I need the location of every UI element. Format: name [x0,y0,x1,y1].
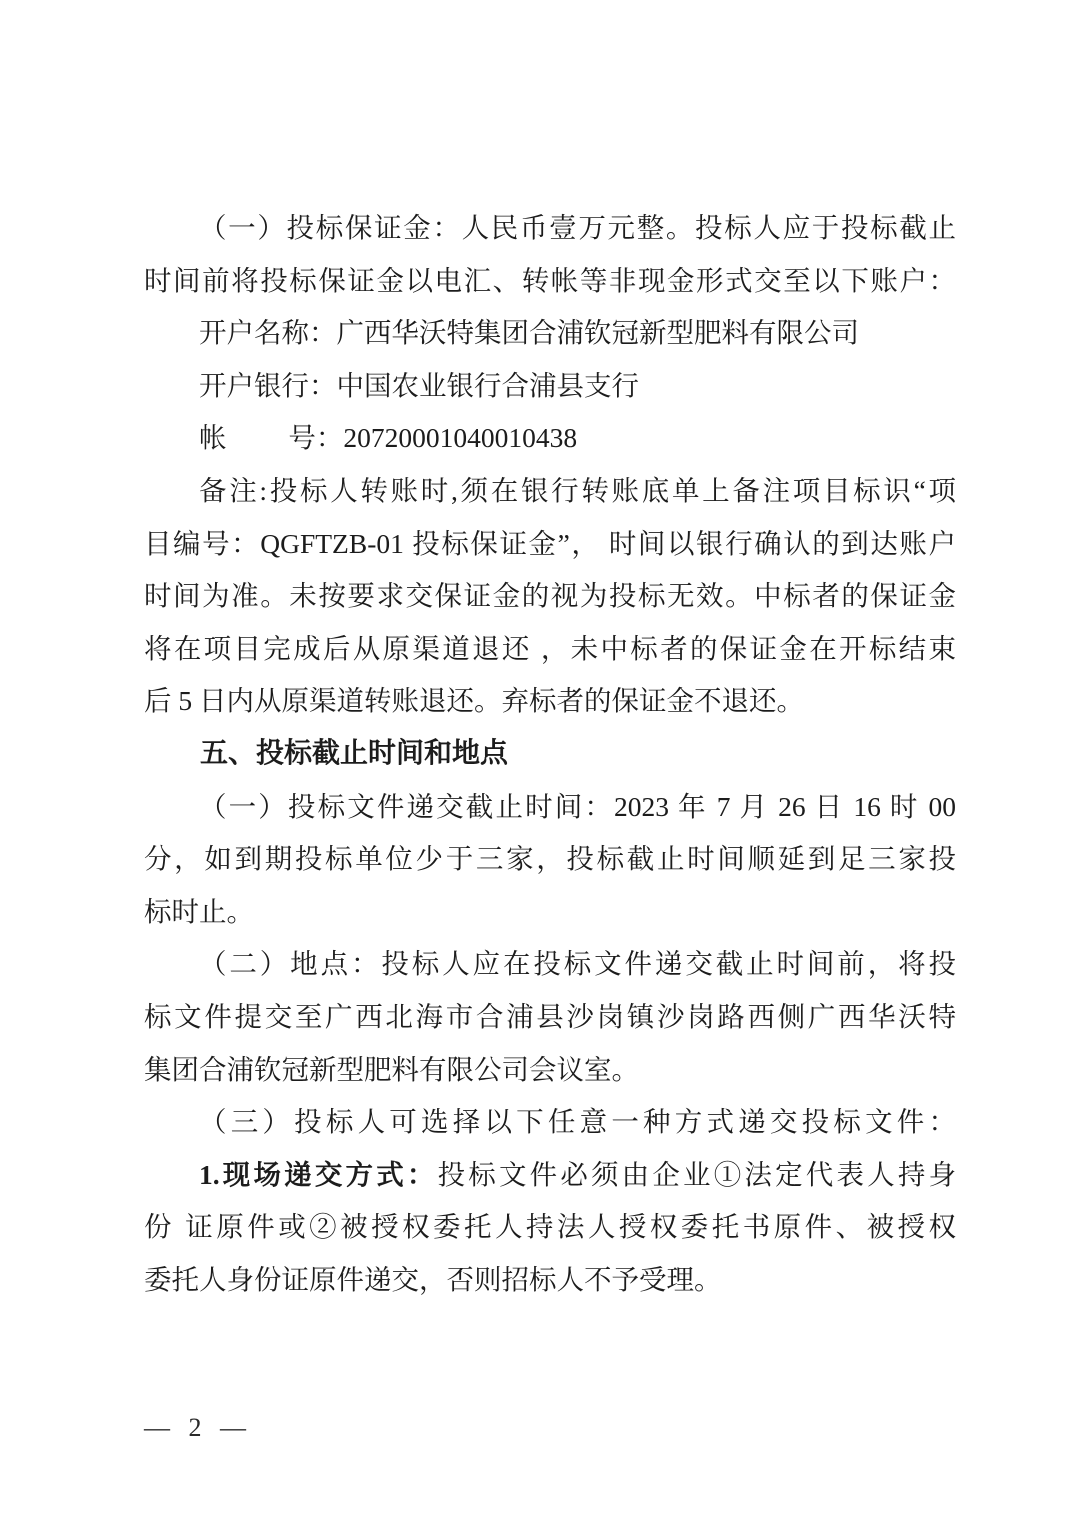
section-heading: 五、投标截止时间和地点 [144,728,956,781]
text-line: （一）投标保证金：人民币壹万元整。投标人应于投标截止 [144,202,956,255]
paragraph: 开户名称：广西华沃特集团合浦钦冠新型肥料有限公司 [144,307,956,360]
text-line: 标文件提交至广西北海市合浦县沙岗镇沙岗路西侧广西华沃特 [144,991,956,1044]
page-footer: — 2 — [144,1408,252,1448]
bold-text-run: 1.现场递交方式： [199,1159,438,1190]
text-run: 投标文件必须由企业①法定代表人持身 [438,1159,956,1190]
text-line: 五、投标截止时间和地点 [144,728,956,781]
paragraph: （二）地点：投标人应在投标文件递交截止时间前，将投标文件提交至广西北海市合浦县沙… [144,938,956,1096]
text-line: （二）地点：投标人应在投标文件递交截止时间前，将投 [144,938,956,991]
paragraph: 备注:投标人转账时,须在银行转账底单上备注项目标识“项目编号：QGFTZB-01… [144,465,956,728]
text-line: 标时止。 [144,886,956,939]
text-line: 时间前将投标保证金以电汇、转帐等非现金形式交至以下账户： [144,255,956,308]
text-line: （一）投标文件递交截止时间：2023 年 7 月 26 日 16 时 00 [144,781,956,834]
text-line: 集团合浦钦冠新型肥料有限公司会议室。 [144,1044,956,1097]
text-line: （三）投标人可选择以下任意一种方式递交投标文件： [144,1096,956,1149]
document-page: （一）投标保证金：人民币壹万元整。投标人应于投标截止时间前将投标保证金以电汇、转… [0,0,1080,1527]
text-line: 开户名称：广西华沃特集团合浦钦冠新型肥料有限公司 [144,307,956,360]
text-line: 1.现场递交方式：投标文件必须由企业①法定代表人持身 [144,1149,956,1202]
text-line: 将在项目完成后从原渠道退还 ，未中标者的保证金在开标结束 [144,623,956,676]
text-line: 备注:投标人转账时,须在银行转账底单上备注项目标识“项 [144,465,956,518]
text-line: 目编号：QGFTZB-01 投标保证金”， 时间以银行确认的到达账户 [144,518,956,571]
paragraph: （三）投标人可选择以下任意一种方式递交投标文件： [144,1096,956,1149]
paragraph: 1.现场递交方式：投标文件必须由企业①法定代表人持身份 证原件或②被授权委托人持… [144,1149,956,1307]
paragraph: （一）投标保证金：人民币壹万元整。投标人应于投标截止时间前将投标保证金以电汇、转… [144,202,956,307]
text-line: 委托人身份证原件递交，否则招标人不予受理。 [144,1254,956,1307]
document-content: （一）投标保证金：人民币壹万元整。投标人应于投标截止时间前将投标保证金以电汇、转… [144,202,956,1306]
text-line: 开户银行：中国农业银行合浦县支行 [144,360,956,413]
text-line: 分，如到期投标单位少于三家，投标截止时间顺延到足三家投 [144,833,956,886]
text-line: 时间为准。未按要求交保证金的视为投标无效。中标者的保证金 [144,570,956,623]
paragraph: （一）投标文件递交截止时间：2023 年 7 月 26 日 16 时 00分，如… [144,781,956,939]
text-line: 份 证原件或②被授权委托人持法人授权委托书原件、被授权 [144,1201,956,1254]
page-number: — 2 — [144,1413,252,1442]
text-line: 后 5 日内从原渠道转账退还。弃标者的保证金不退还。 [144,675,956,728]
paragraph: 开户银行：中国农业银行合浦县支行 [144,360,956,413]
text-line: 帐 号：20720001040010438 [144,412,956,465]
paragraph: 帐 号：20720001040010438 [144,412,956,465]
